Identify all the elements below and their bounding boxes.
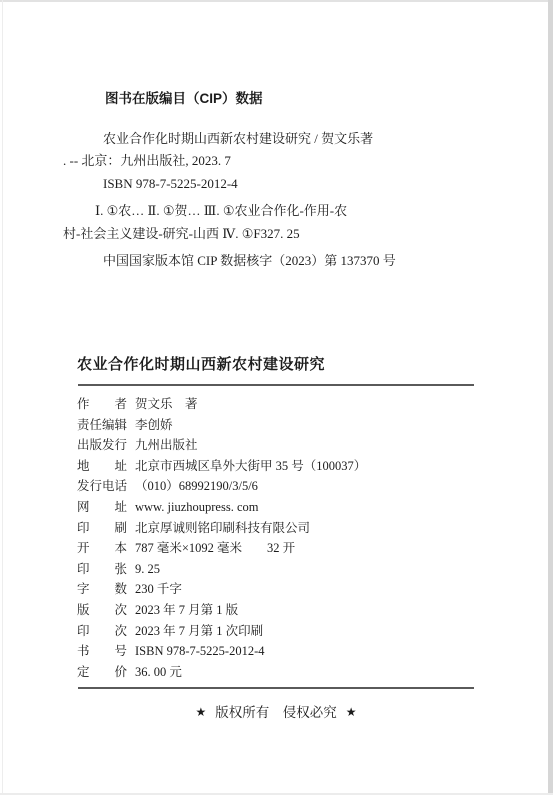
colophon-label: 作 者 — [77, 394, 129, 415]
colophon-value: ISBN 978-7-5225-2012-4 — [135, 644, 265, 658]
colophon-table: 作 者贺文乐 著 责任编辑李创娇 出版发行九州出版社 地 址北京市西城区阜外大街… — [77, 394, 507, 682]
colophon-label: 字 数 — [77, 579, 129, 600]
colophon-row-printing: 印 次2023 年 7 月第 1 次印刷 — [77, 621, 507, 642]
colophon-row-publisher: 出版发行九州出版社 — [77, 435, 507, 456]
colophon-row-editor: 责任编辑李创娇 — [77, 415, 507, 436]
page-edge-left — [2, 0, 3, 795]
cip-header: 图书在版编目（CIP）数据 — [63, 88, 495, 111]
book-title: 农业合作化时期山西新农村建设研究 — [77, 353, 325, 374]
page-edge-right — [548, 0, 553, 795]
colophon-label: 版 次 — [77, 600, 129, 621]
colophon-row-address: 地 址北京市西城区阜外大街甲 35 号（100037） — [77, 456, 507, 477]
copyright-text: 版权所有 侵权必究 — [215, 705, 337, 720]
colophon-value: 9. 25 — [135, 562, 160, 576]
colophon-label: 印 次 — [77, 621, 129, 642]
star-icon: ★ — [195, 705, 206, 719]
cip-record-line: 中国国家版本馆 CIP 数据核字（2023）第 137370 号 — [63, 250, 495, 273]
divider-rule-top — [78, 384, 474, 386]
cip-description-line1: 农业合作化时期山西新农村建设研究 / 贺文乐著 — [63, 128, 495, 151]
colophon-row-isbn: 书 号ISBN 978-7-5225-2012-4 — [77, 641, 507, 662]
colophon-value: 36. 00 元 — [135, 665, 182, 679]
cip-description-line2: . -- 北京：九州出版社, 2023. 7 — [63, 150, 495, 173]
page-edge-top — [0, 0, 553, 2]
colophon-label: 书 号 — [77, 641, 129, 662]
divider-rule-bottom — [78, 687, 474, 689]
colophon-label: 开 本 — [77, 538, 129, 559]
colophon-value: 李创娇 — [135, 418, 173, 432]
colophon-label: 印 张 — [77, 559, 129, 580]
colophon-value: www. jiuzhoupress. com — [135, 500, 258, 514]
colophon-value: 贺文乐 著 — [135, 397, 198, 411]
colophon-label: 出版发行 — [77, 435, 129, 456]
colophon-label: 发行电话 — [77, 476, 129, 497]
colophon-row-edition: 版 次2023 年 7 月第 1 版 — [77, 600, 507, 621]
colophon-label: 地 址 — [77, 456, 129, 477]
star-icon: ★ — [346, 705, 357, 719]
colophon-row-wordcount: 字 数230 千字 — [77, 579, 507, 600]
colophon-value: 北京市西城区阜外大街甲 35 号（100037） — [135, 459, 366, 473]
colophon-label: 网 址 — [77, 497, 129, 518]
colophon-row-sheets: 印 张9. 25 — [77, 559, 507, 580]
colophon-row-phone: 发行电话（010）68992190/3/5/6 — [77, 476, 507, 497]
cip-classification-line2: 村-社会主义建设-研究-山西 Ⅳ. ①F327. 25 — [63, 223, 495, 246]
colophon-row-format: 开 本787 毫米×1092 毫米 32 开 — [77, 538, 507, 559]
copyright-notice: ★版权所有 侵权必究★ — [78, 701, 474, 721]
cip-block: 图书在版编目（CIP）数据 农业合作化时期山西新农村建设研究 / 贺文乐著 . … — [63, 88, 495, 273]
colophon-value: （010）68992190/3/5/6 — [135, 479, 258, 493]
cip-classification-line1: Ⅰ. ①农… Ⅱ. ①贺… Ⅲ. ①农业合作化-作用-农 — [63, 200, 495, 223]
colophon-label: 印 刷 — [77, 518, 129, 539]
colophon-value: 2023 年 7 月第 1 版 — [135, 603, 238, 617]
colophon-value: 787 毫米×1092 毫米 32 开 — [135, 541, 295, 555]
cip-isbn-line: ISBN 978-7-5225-2012-4 — [63, 173, 495, 196]
colophon-value: 2023 年 7 月第 1 次印刷 — [135, 624, 263, 638]
colophon-label: 责任编辑 — [77, 415, 129, 436]
colophon-row-price: 定 价36. 00 元 — [77, 662, 507, 683]
colophon-row-website: 网 址www. jiuzhoupress. com — [77, 497, 507, 518]
colophon-row-printer: 印 刷北京厚诚则铭印刷科技有限公司 — [77, 518, 507, 539]
colophon-row-author: 作 者贺文乐 著 — [77, 394, 507, 415]
colophon-value: 230 千字 — [135, 582, 182, 596]
colophon-value: 九州出版社 — [135, 438, 198, 452]
colophon-value: 北京厚诚则铭印刷科技有限公司 — [135, 521, 310, 535]
colophon-label: 定 价 — [77, 662, 129, 683]
